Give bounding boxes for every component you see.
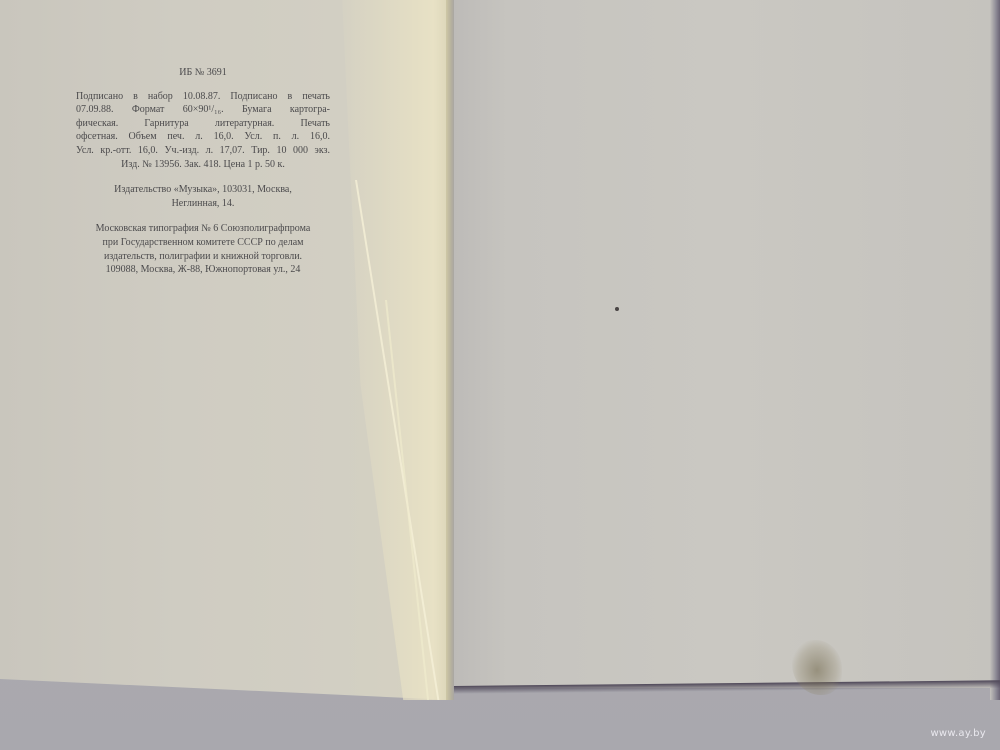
- book-gutter: [446, 0, 454, 700]
- book-cover-edge: [990, 0, 1000, 700]
- print-details-line: офсетная. Объем печ. л. 16,0. Усл. п. л.…: [76, 130, 330, 144]
- watermark: www.ay.by: [930, 728, 986, 739]
- colophon: ИБ № 3691 Подписано в набор 10.08.87. По…: [76, 66, 330, 289]
- printing-house-line: при Государственном комитете СССР по дел…: [76, 236, 330, 250]
- print-details-line: Усл. кр.-отт. 16,0. Уч.-изд. л. 17,07. Т…: [76, 144, 330, 158]
- printing-house-line: 109088, Москва, Ж-88, Южнопортовая ул., …: [76, 263, 330, 277]
- publisher-line: Неглинная, 14.: [76, 197, 330, 211]
- print-details-line: 07.09.88. Формат 60×90¹/₁₆. Бумага карто…: [76, 103, 330, 117]
- publisher-line: Издательство «Музыка», 103031, Москва,: [76, 183, 330, 197]
- print-details-line: Изд. № 13956. Зак. 418. Цена 1 р. 50 к.: [76, 158, 330, 172]
- printing-house-line: издательств, полиграфии и книжной торгов…: [76, 250, 330, 264]
- page-speck: [615, 307, 619, 311]
- print-details-line: Подписано в набор 10.08.87. Подписано в …: [76, 90, 330, 104]
- printing-house-line: Московская типография № 6 Союзполиграфпр…: [76, 222, 330, 236]
- print-details-line: фическая. Гарнитура литературная. Печать: [76, 117, 330, 131]
- publisher: Издательство «Музыка», 103031, Москва, Н…: [76, 183, 330, 210]
- print-details: Подписано в набор 10.08.87. Подписано в …: [76, 90, 330, 172]
- ib-number: ИБ № 3691: [76, 66, 330, 80]
- printing-house: Московская типография № 6 Союзполиграфпр…: [76, 222, 330, 276]
- right-page-blank: [454, 0, 992, 688]
